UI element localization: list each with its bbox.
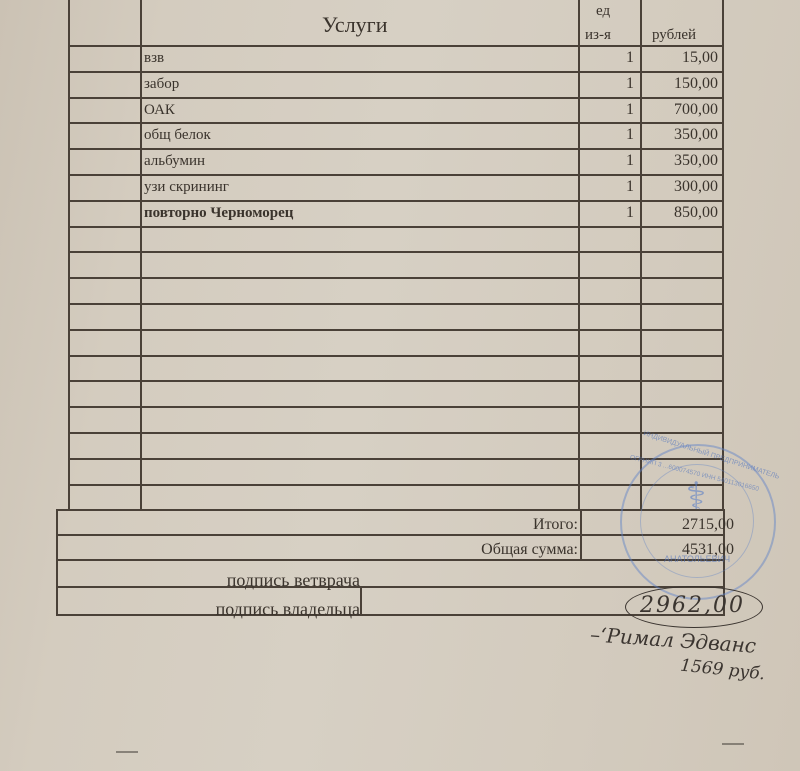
service-price: 15,00 [682,50,718,66]
service-price: 150,00 [674,76,718,92]
grid-line [68,174,722,176]
grid-line [56,509,58,614]
service-qty: 1 [626,76,634,92]
bottom-mark-right [722,743,744,745]
grid-line [68,97,722,99]
service-name: ОАК [144,103,175,118]
grid-line [580,509,582,559]
service-price: 850,00 [674,205,718,221]
grid-line [68,122,722,124]
grid-line [68,303,722,305]
service-qty: 1 [626,127,634,143]
grid-line [56,559,725,561]
grid-line [68,251,722,253]
service-name: узи скрининг [144,180,229,195]
service-price: 700,00 [674,102,718,118]
grid-line [68,484,722,486]
handwritten-note-line2: 1569 руб. [679,656,766,685]
grid-line [56,509,725,511]
vet-signature-label: подпись ветврача [227,571,360,589]
header-services: Услуги [322,14,387,36]
service-qty: 1 [626,179,634,195]
grand-total-value: 4531,00 [682,542,734,558]
grid-line [68,355,722,357]
grid-line [68,148,722,150]
bottom-mark-left [116,751,138,753]
header-price: рублей [652,28,696,43]
service-name: альбумин [144,154,205,169]
grid-line [68,45,722,47]
service-name: взв [144,51,164,66]
service-qty: 1 [626,50,634,66]
handwritten-amount: 2962,00 [640,593,745,618]
grid-line [56,534,725,536]
service-price: 350,00 [674,153,718,169]
grid-line [68,406,722,408]
grid-line [68,200,722,202]
header-unit-line2: из-я [585,28,611,43]
grid-line [722,0,724,509]
service-qty: 1 [626,153,634,169]
stamp-top-text: ИНДИВИДУАЛЬНЫЙ ПРЕДПРИНИМАТЕЛЬ [642,430,780,481]
subtotal-label: Итого: [533,517,578,533]
service-name: забор [144,77,179,92]
grid-line [68,329,722,331]
grid-line [68,458,722,460]
grid-line [68,380,722,382]
grid-line [68,432,722,434]
owner-signature-label: подпись владельца [216,600,360,618]
service-qty: 1 [626,205,634,221]
service-price: 300,00 [674,179,718,195]
service-qty: 1 [626,102,634,118]
subtotal-value: 2715,00 [682,517,734,533]
header-unit-line1: ед [596,4,610,19]
service-price: 350,00 [674,127,718,143]
grid-line [68,226,722,228]
grid-line [68,71,722,73]
service-name: повторно Черноморец [144,206,293,221]
invoice-sheet: Услуги ед из-я рублей взв115,00забор1150… [0,0,800,771]
grid-line [68,277,722,279]
stamp-inn-text: ОГРНИП 3 ...600074570 ИНН 540113016650 [629,454,759,493]
service-name: общ белок [144,128,211,143]
handwritten-note-line1: –‘Римал Эдванс [589,622,756,658]
grand-total-label: Общая сумма: [481,542,578,558]
